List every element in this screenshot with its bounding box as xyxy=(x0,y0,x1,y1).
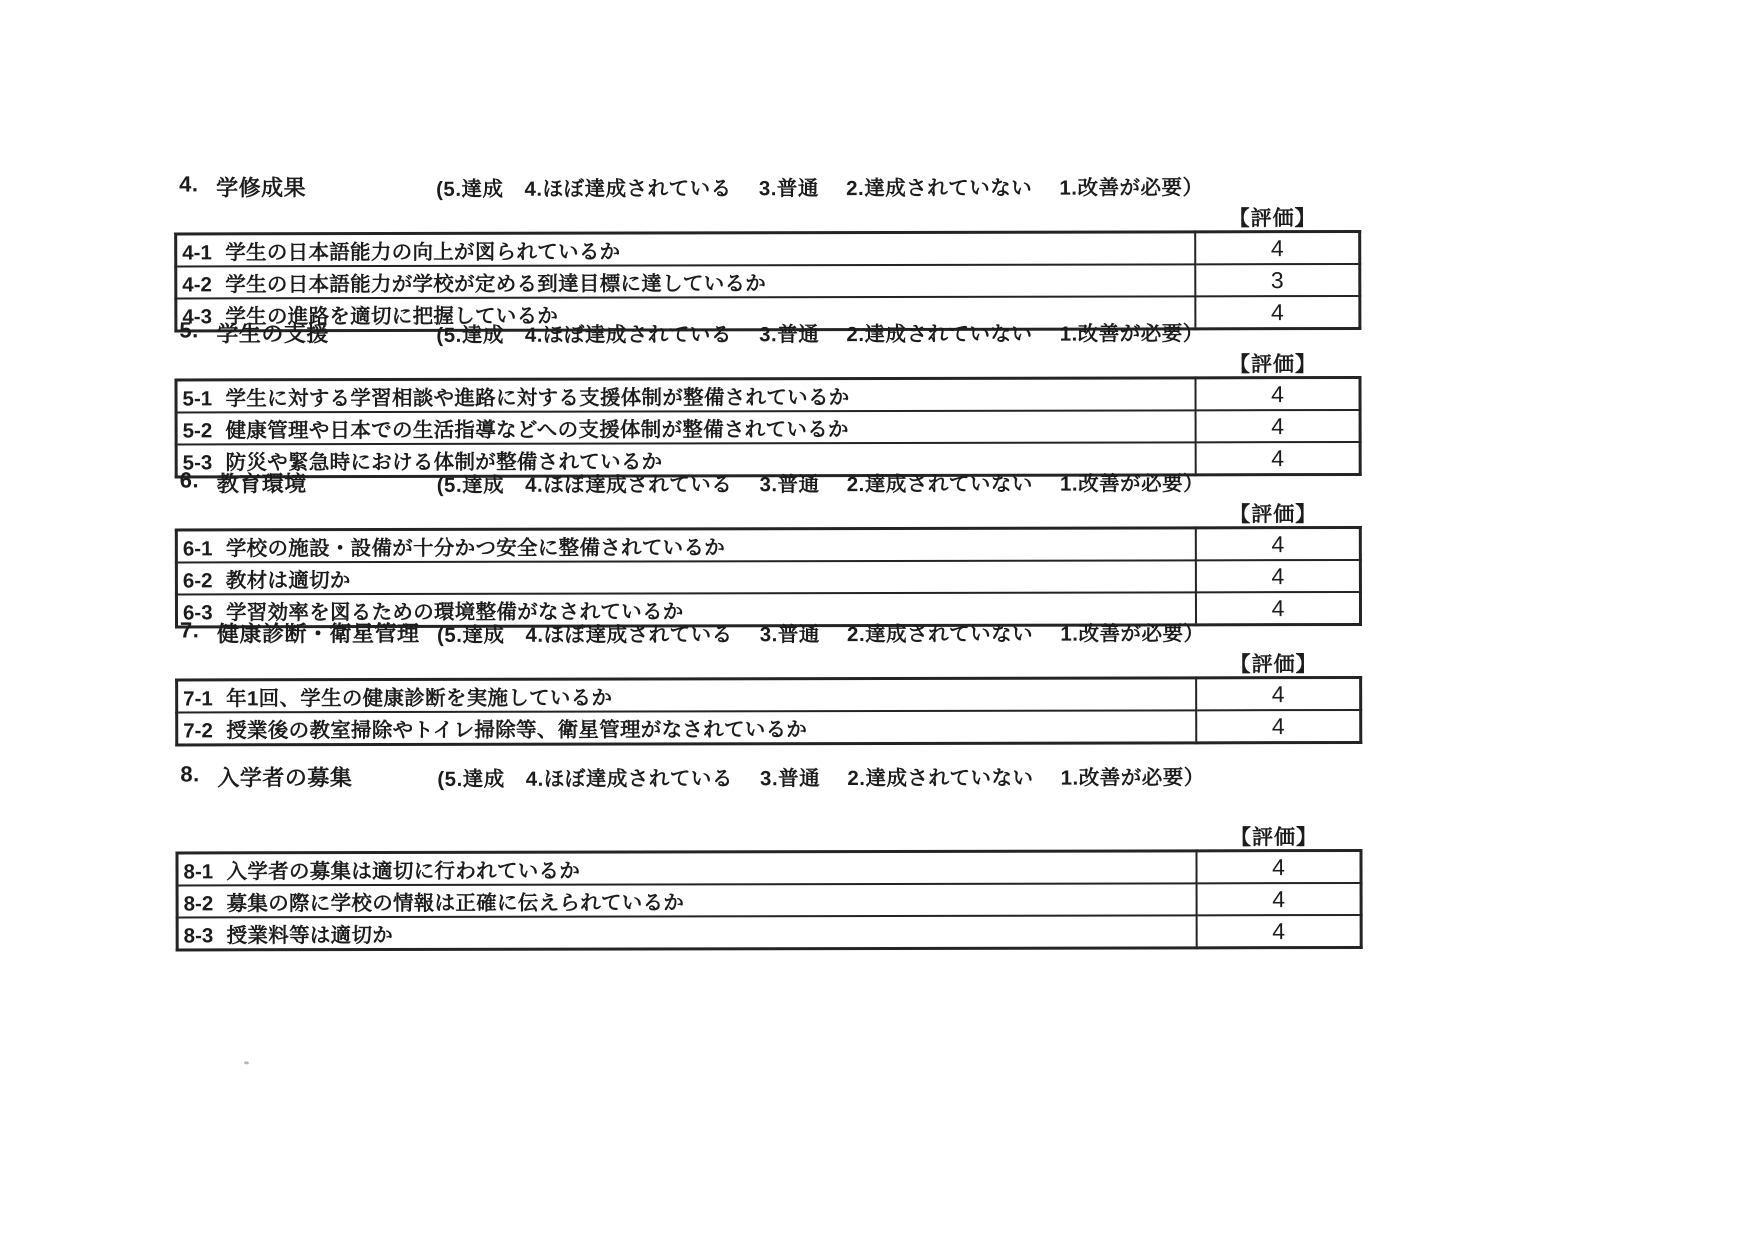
rating-cell: 4 xyxy=(1196,710,1361,743)
question-id: 4-2 xyxy=(182,273,225,297)
question-text: 学生に対する学習相談や進路に対する支援体制が整備されているか xyxy=(226,386,850,410)
question-id: 8-1 xyxy=(184,860,227,884)
question-table: 6-1学校の施設・設備が十分かつ安全に整備されているか 4 6-2教材は適切か … xyxy=(175,526,1362,628)
question-cell: 6-2教材は適切か xyxy=(176,560,1196,594)
rating-scale-legend: (5.達成 4.ほぼ達成されている 3.普通 2.達成されていない 1.改善が必… xyxy=(436,316,1203,348)
question-text: 授業後の教室掃除やトイレ掃除等、衛星管理がなされているか xyxy=(226,718,807,742)
rating-column-label: 【評価】 xyxy=(1185,648,1362,678)
rating-column-label: 【評価】 xyxy=(1185,821,1362,851)
section-5: 5. 学生の支援 (5.達成 4.ほぼ達成されている 3.普通 2.達成されてい… xyxy=(174,315,1361,347)
question-id: 4-1 xyxy=(182,241,225,265)
rating-cell: 4 xyxy=(1195,377,1360,410)
table-row: 4-2学生の日本語能力が学校が定める到達目標に達しているか 3 xyxy=(176,264,1360,298)
question-cell: 8-2募集の際に学校の情報は正確に伝えられているか xyxy=(177,883,1197,917)
table-row: 7-2授業後の教室掃除やトイレ掃除等、衛星管理がなされているか 4 xyxy=(177,710,1361,745)
question-cell: 4-1学生の日本語能力の向上が図られているか xyxy=(176,232,1196,267)
rating-scale-legend: (5.達成 4.ほぼ達成されている 3.普通 2.達成されていない 1.改善が必… xyxy=(437,760,1204,792)
rating-cell: 4 xyxy=(1196,677,1361,710)
question-id: 5-1 xyxy=(183,387,226,411)
question-table: 5-1学生に対する学習相談や進路に対する支援体制が整備されているか 4 5-2健… xyxy=(174,376,1361,478)
question-text: 学生の日本語能力が学校が定める到達目標に達しているか xyxy=(225,272,766,296)
table-row: 6-1学校の施設・設備が十分かつ安全に整備されているか 4 xyxy=(176,527,1360,562)
question-table: 8-1入学者の募集は適切に行われているか 4 8-2募集の際に学校の情報は正確に… xyxy=(175,849,1362,951)
question-cell: 5-1学生に対する学習相談や進路に対する支援体制が整備されているか xyxy=(176,378,1196,413)
question-table: 7-1年1回、学生の健康診断を実施しているか 4 7-2授業後の教室掃除やトイレ… xyxy=(175,676,1362,746)
question-id: 7-1 xyxy=(183,687,226,711)
section-8: 8. 入学者の募集 (5.達成 4.ほぼ達成されている 3.普通 2.達成されて… xyxy=(175,759,1362,791)
question-text: 健康管理や日本での生活指導などへの支援体制が整備されているか xyxy=(226,418,849,442)
section-5-header: 5. 学生の支援 (5.達成 4.ほぼ達成されている 3.普通 2.達成されてい… xyxy=(174,315,1361,347)
table-row: 5-1学生に対する学習相談や進路に対する支援体制が整備されているか 4 xyxy=(176,377,1360,412)
rating-column-label: 【評価】 xyxy=(1184,202,1361,232)
question-text: 学生の日本語能力の向上が図られているか xyxy=(225,241,620,265)
question-cell: 7-1年1回、学生の健康診断を実施しているか xyxy=(177,678,1197,713)
question-cell: 8-3授業料等は適切か xyxy=(177,915,1197,950)
table-row: 8-2募集の際に学校の情報は正確に伝えられているか 4 xyxy=(177,883,1361,917)
question-id: 6-1 xyxy=(183,537,226,561)
rating-cell: 4 xyxy=(1195,231,1360,264)
question-cell: 4-2学生の日本語能力が学校が定める到達目標に達しているか xyxy=(176,264,1196,298)
question-id: 5-2 xyxy=(183,419,226,443)
rating-column-label: 【評価】 xyxy=(1185,498,1362,528)
section-7-header: 7. 健康診断・衛星管理 (5.達成 4.ほぼ達成されている 3.普通 2.達成… xyxy=(175,615,1362,647)
question-id: 6-2 xyxy=(183,569,226,593)
section-8-header: 8. 入学者の募集 (5.達成 4.ほぼ達成されている 3.普通 2.達成されて… xyxy=(175,759,1362,791)
section-title: 入学者の募集 xyxy=(217,761,352,792)
section-title: 健康診断・衛星管理 xyxy=(217,617,420,648)
table-row: 4-1学生の日本語能力の向上が図られているか 4 xyxy=(176,231,1360,266)
section-number: 7. xyxy=(180,617,199,643)
section-title: 学生の支援 xyxy=(216,317,329,348)
question-id: 8-3 xyxy=(184,924,227,948)
rating-scale-legend: (5.達成 4.ほぼ達成されている 3.普通 2.達成されていない 1.改善が必… xyxy=(437,616,1204,648)
question-cell: 7-2授業後の教室掃除やトイレ掃除等、衛星管理がなされているか xyxy=(177,710,1197,745)
table-row: 8-3授業料等は適切か 4 xyxy=(177,915,1361,950)
table-row: 8-1入学者の募集は適切に行われているか 4 xyxy=(177,850,1361,885)
question-id: 8-2 xyxy=(184,892,227,916)
section-7: 7. 健康診断・衛星管理 (5.達成 4.ほぼ達成されている 3.普通 2.達成… xyxy=(175,615,1362,647)
table-row: 7-1年1回、学生の健康診断を実施しているか 4 xyxy=(177,677,1361,712)
question-text: 学校の施設・設備が十分かつ安全に整備されているか xyxy=(226,536,725,560)
section-6-header: 6. 教育環境 (5.達成 4.ほぼ達成されている 3.普通 2.達成されていな… xyxy=(175,465,1362,497)
section-4: 4. 学修成果 (5.達成 4.ほぼ達成されている 3.普通 2.達成されていな… xyxy=(174,169,1361,201)
table-row: 6-2教材は適切か 4 xyxy=(176,560,1360,594)
section-number: 5. xyxy=(179,317,198,343)
section-title: 教育環境 xyxy=(217,467,307,498)
rating-cell: 4 xyxy=(1196,410,1361,442)
scanned-evaluation-document: 4. 学修成果 (5.達成 4.ほぼ達成されている 3.普通 2.達成されていな… xyxy=(0,0,1754,1240)
question-text: 授業料等は適切か xyxy=(227,924,393,947)
rating-cell: 4 xyxy=(1197,915,1362,948)
question-cell: 6-1学校の施設・設備が十分かつ安全に整備されているか xyxy=(176,528,1196,563)
section-4-header: 4. 学修成果 (5.達成 4.ほぼ達成されている 3.普通 2.達成されていな… xyxy=(174,169,1361,201)
rating-cell: 3 xyxy=(1195,264,1360,296)
rating-cell: 4 xyxy=(1197,883,1362,915)
section-number: 4. xyxy=(179,171,198,197)
scan-speckle xyxy=(244,1061,249,1064)
question-text: 募集の際に学校の情報は正確に伝えられているか xyxy=(227,891,685,915)
table-row: 5-2健康管理や日本での生活指導などへの支援体制が整備されているか 4 xyxy=(176,410,1360,444)
section-title: 学修成果 xyxy=(216,171,306,202)
rating-cell: 4 xyxy=(1196,850,1361,883)
rating-cell: 4 xyxy=(1196,527,1361,560)
question-id: 7-2 xyxy=(183,719,226,743)
section-6: 6. 教育環境 (5.達成 4.ほぼ達成されている 3.普通 2.達成されていな… xyxy=(175,465,1362,497)
rating-scale-legend: (5.達成 4.ほぼ達成されている 3.普通 2.達成されていない 1.改善が必… xyxy=(436,170,1203,202)
section-number: 8. xyxy=(180,761,199,787)
rating-cell: 4 xyxy=(1196,560,1361,592)
question-cell: 8-1入学者の募集は適切に行われているか xyxy=(177,851,1197,886)
section-number: 6. xyxy=(180,467,199,493)
rating-scale-legend: (5.達成 4.ほぼ達成されている 3.普通 2.達成されていない 1.改善が必… xyxy=(437,466,1204,498)
question-text: 入学者の募集は適切に行われているか xyxy=(227,860,581,884)
question-cell: 5-2健康管理や日本での生活指導などへの支援体制が整備されているか xyxy=(176,410,1196,444)
rating-column-label: 【評価】 xyxy=(1184,348,1361,378)
question-text: 年1回、学生の健康診断を実施しているか xyxy=(226,687,612,711)
question-text: 教材は適切か xyxy=(226,569,351,592)
